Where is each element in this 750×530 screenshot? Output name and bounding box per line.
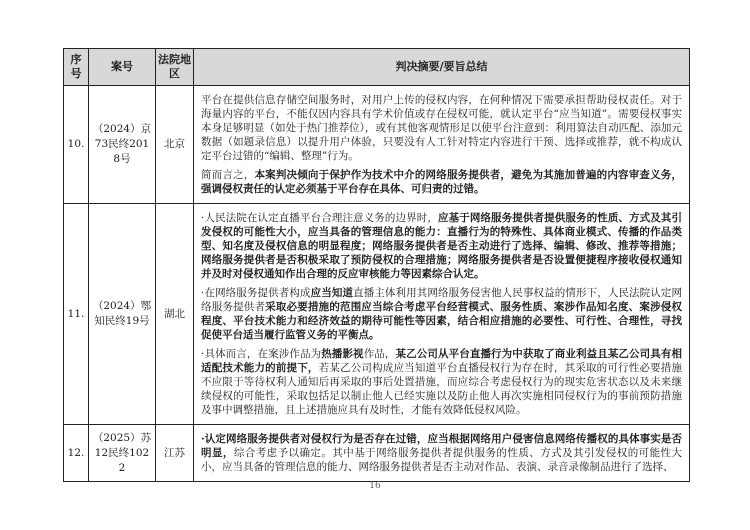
emphasis-text: 本案判决倾向于保护作为技术中介的网络服务提供者，避免为其施加普遍的内容审查义务，… — [201, 169, 682, 195]
table-row: 10. （2024）京73民终2018号 北京 平台在提供信息存储空间服务时，对… — [64, 86, 690, 204]
court-region: 江苏 — [156, 425, 194, 482]
header-summary: 判决摘要/要旨总结 — [194, 49, 690, 86]
court-region: 北京 — [156, 86, 194, 204]
case-number: （2024）京73民终2018号 — [89, 86, 156, 204]
body-text: ·在网络服务提供者构成 — [201, 287, 311, 299]
summary-paragraph: ·认定网络服务提供者对侵权行为是否存在过错，应当根据网络用户侵害信息网络传播权的… — [201, 432, 682, 474]
case-number: （2025）苏12民终1022 — [89, 425, 156, 482]
row-number: 11. — [64, 204, 89, 425]
summary-paragraph: ·具体而言，在案涉作品为热播影视作品，某乙公司从平台直播行为中获取了商业利益且某… — [201, 347, 682, 417]
emphasis-text: 采取必要措施的范围应当综合考虑平台经营模式、服务性质、案涉作品知名度、案涉侵权程… — [201, 301, 682, 341]
page-number: 16 — [0, 481, 750, 491]
body-text: 平台在提供信息存储空间服务时，对用户上传的侵权内容，在何种情况下需要承担帮助侵权… — [201, 94, 682, 162]
case-number: （2024）鄂知民终19号 — [89, 204, 156, 425]
judgment-summary: 平台在提供信息存储空间服务时，对用户上传的侵权内容，在何种情况下需要承担帮助侵权… — [194, 86, 690, 204]
body-text: ·具体而言，在案涉作品为 — [201, 348, 321, 360]
header-region: 法院地区 — [156, 49, 194, 86]
judgment-summary-table: 序号 案号 法院地区 判决摘要/要旨总结 10. （2024）京73民终2018… — [63, 48, 690, 482]
row-number: 10. — [64, 86, 89, 204]
emphasis-text: 热播影视 — [321, 348, 363, 360]
body-text: 作品， — [364, 348, 396, 360]
header-no: 序号 — [64, 49, 89, 86]
body-text: ·人民法院在认定直播平台合理注意义务的边界时， — [201, 212, 438, 224]
table-row: 12. （2025）苏12民终1022 江苏 ·认定网络服务提供者对侵权行为是否… — [64, 425, 690, 482]
header-case: 案号 — [89, 49, 156, 86]
court-region: 湖北 — [156, 204, 194, 425]
summary-paragraph: 简而言之，本案判决倾向于保护作为技术中介的网络服务提供者，避免为其施加普遍的内容… — [201, 168, 682, 196]
row-number: 12. — [64, 425, 89, 482]
summary-paragraph: ·人民法院在认定直播平台合理注意义务的边界时，应基于网络服务提供者提供服务的性质… — [201, 211, 682, 281]
body-text: 简而言之， — [201, 169, 254, 181]
table-header-row: 序号 案号 法院地区 判决摘要/要旨总结 — [64, 49, 690, 86]
table-row: 11. （2024）鄂知民终19号 湖北 ·人民法院在认定直播平台合理注意义务的… — [64, 204, 690, 425]
emphasis-text: 应当知道 — [311, 287, 353, 299]
judgment-summary: ·人民法院在认定直播平台合理注意义务的边界时，应基于网络服务提供者提供服务的性质… — [194, 204, 690, 425]
body-text: 综合考虑予以确定。其中基于网络服务提供者提供服务的性质、方式及其引发侵权的可能性… — [201, 447, 682, 473]
summary-paragraph: ·在网络服务提供者构成应当知道直播主体利用其网络服务侵害他人民事权益的情形下，人… — [201, 286, 682, 342]
summary-paragraph: 平台在提供信息存储空间服务时，对用户上传的侵权内容，在何种情况下需要承担帮助侵权… — [201, 93, 682, 163]
judgment-summary: ·认定网络服务提供者对侵权行为是否存在过错，应当根据网络用户侵害信息网络传播权的… — [194, 425, 690, 482]
